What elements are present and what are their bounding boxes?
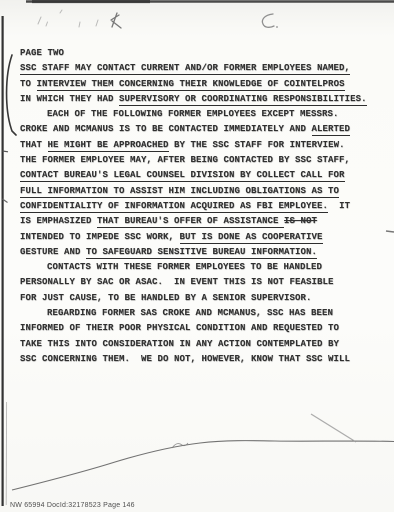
text-segment: CONTACTS WITH THESE FORMER EMPLOYEES TO … <box>47 262 322 272</box>
document-line: REGARDING FORMER SAS CROKE AND MCMANUS, … <box>20 306 390 321</box>
text-segment: IN WHICH THEY HAD <box>20 94 119 104</box>
text-segment: SSC CONCERNING THEM. WE DO NOT, HOWEVER,… <box>20 354 350 364</box>
document-line: EACH OF THE FOLLOWING FORMER EMPLOYEES E… <box>20 107 390 122</box>
document-line: THAT HE MIGHT BE APPROACHED BY THE SSC S… <box>20 138 390 153</box>
text-segment: CONTACT BUREAU'S LEGAL COUNSEL DIVISION … <box>20 170 345 182</box>
text-segment: GESTURE AND <box>20 247 86 257</box>
text-segment: INFORMED OF THEIR POOR PHYSICAL CONDITIO… <box>20 323 339 333</box>
text-segment: HE MIGHT BE APPROACHED <box>48 140 169 152</box>
document-line: CONTACT BUREAU'S LEGAL COUNSEL DIVISION … <box>20 168 390 183</box>
text-segment: THAT <box>20 140 48 150</box>
document-line: INTENDED TO IMPEDE SSC WORK, BUT IS DONE… <box>20 230 390 245</box>
document-page: PAGE TWOSSC STAFF MAY CONTACT CURRENT AN… <box>0 0 394 512</box>
text-segment: THAT BUREAU'S OFFER OF ASSISTANCE <box>97 216 284 228</box>
page-footer-stamp: NW 65994 DocId:32178523 Page 146 <box>10 502 135 509</box>
document-line: CONFIDENTIALITY OF INFORMATION ACQUIRED … <box>20 199 390 214</box>
document-line: THE FORMER EMPLOYEE MAY, AFTER BEING CON… <box>20 153 390 168</box>
document-line: GESTURE AND TO SAFEGUARD SENSITIVE BUREA… <box>20 245 390 260</box>
margin-bracket-mark <box>7 55 16 135</box>
text-segment: TAKE THIS INTO CONSIDERATION IN ANY ACTI… <box>20 339 339 349</box>
pencil-smudges <box>38 10 98 27</box>
text-segment: INTERVIEW THEM CONCERNING THEIR KNOWLEDG… <box>37 79 345 91</box>
document-line: CROKE AND MCMANUS IS TO BE CONTACTED IMM… <box>20 122 390 137</box>
text-segment: SUPERVISORY OR COORDINATING RESPONSIBILI… <box>119 94 367 106</box>
text-segment: BY THE SSC STAFF FOR INTERVIEW. <box>169 140 345 150</box>
text-segment: TO <box>20 79 37 89</box>
text-segment: FOR JUST CAUSE, TO BE HANDLED BY A SENIO… <box>20 293 312 303</box>
text-segment: PERSONALLY BY SAC OR ASAC. IN EVENT THIS… <box>20 277 334 287</box>
text-segment: FULL INFORMATION TO ASSIST HIM INCLUDING… <box>20 186 339 198</box>
pencil-k-mark <box>111 13 121 28</box>
pencil-c-mark <box>262 14 277 28</box>
text-segment: TO SAFEGUARD SENSITIVE BUREAU INFORMATIO… <box>86 247 317 259</box>
document-line: CONTACTS WITH THESE FORMER EMPLOYEES TO … <box>20 260 390 275</box>
typed-text-block: PAGE TWOSSC STAFF MAY CONTACT CURRENT AN… <box>20 46 390 367</box>
text-segment: PAGE TWO <box>20 48 64 58</box>
document-line: IN WHICH THEY HAD SUPERVISORY OR COORDIN… <box>20 92 390 107</box>
document-line: PERSONALLY BY SAC OR ASAC. IN EVENT THIS… <box>20 275 390 290</box>
crease-squiggle <box>172 443 188 448</box>
text-segment: BUT IS DONE AS COOPERATIVE <box>180 232 323 244</box>
text-segment: CROKE AND MCMANUS IS TO BE CONTACTED IMM… <box>20 124 312 134</box>
text-segment: INTENDED TO IMPEDE SSC WORK, <box>20 232 180 242</box>
text-segment: REGARDING FORMER SAS CROKE AND MCMANUS, … <box>47 308 333 318</box>
text-segment: IS NOT <box>284 216 317 226</box>
text-segment: ALERTED <box>312 124 351 136</box>
margin-dash-mark-1 <box>3 151 9 152</box>
crease-line <box>12 441 394 490</box>
text-segment: CONFIDENTIALITY OF INFORMATION ACQUIRED … <box>20 201 328 213</box>
document-line: FOR JUST CAUSE, TO BE HANDLED BY A SENIO… <box>20 291 390 306</box>
text-segment: IT <box>328 201 350 211</box>
document-line: FULL INFORMATION TO ASSIST HIM INCLUDING… <box>20 184 390 199</box>
diagonal-scratch-line <box>311 414 356 442</box>
document-line: SSC CONCERNING THEM. WE DO NOT, HOWEVER,… <box>20 352 390 367</box>
document-line: TAKE THIS INTO CONSIDERATION IN ANY ACTI… <box>20 337 390 352</box>
page-heading-line: PAGE TWO <box>20 46 390 61</box>
text-segment: THE FORMER EMPLOYEE MAY, AFTER BEING CON… <box>20 155 350 165</box>
text-segment: IS EMPHASIZED <box>20 216 97 226</box>
margin-dash-mark-2 <box>3 199 8 203</box>
text-segment: EACH OF THE FOLLOWING FORMER EMPLOYEES E… <box>47 109 339 119</box>
document-line: IS EMPHASIZED THAT BUREAU'S OFFER OF ASS… <box>20 214 390 229</box>
document-line: TO INTERVIEW THEM CONCERNING THEIR KNOWL… <box>20 77 390 92</box>
text-segment: SSC STAFF MAY CONTACT CURRENT AND/OR FOR… <box>20 63 350 75</box>
document-line: INFORMED OF THEIR POOR PHYSICAL CONDITIO… <box>20 321 390 336</box>
document-line: SSC STAFF MAY CONTACT CURRENT AND/OR FOR… <box>20 61 390 76</box>
